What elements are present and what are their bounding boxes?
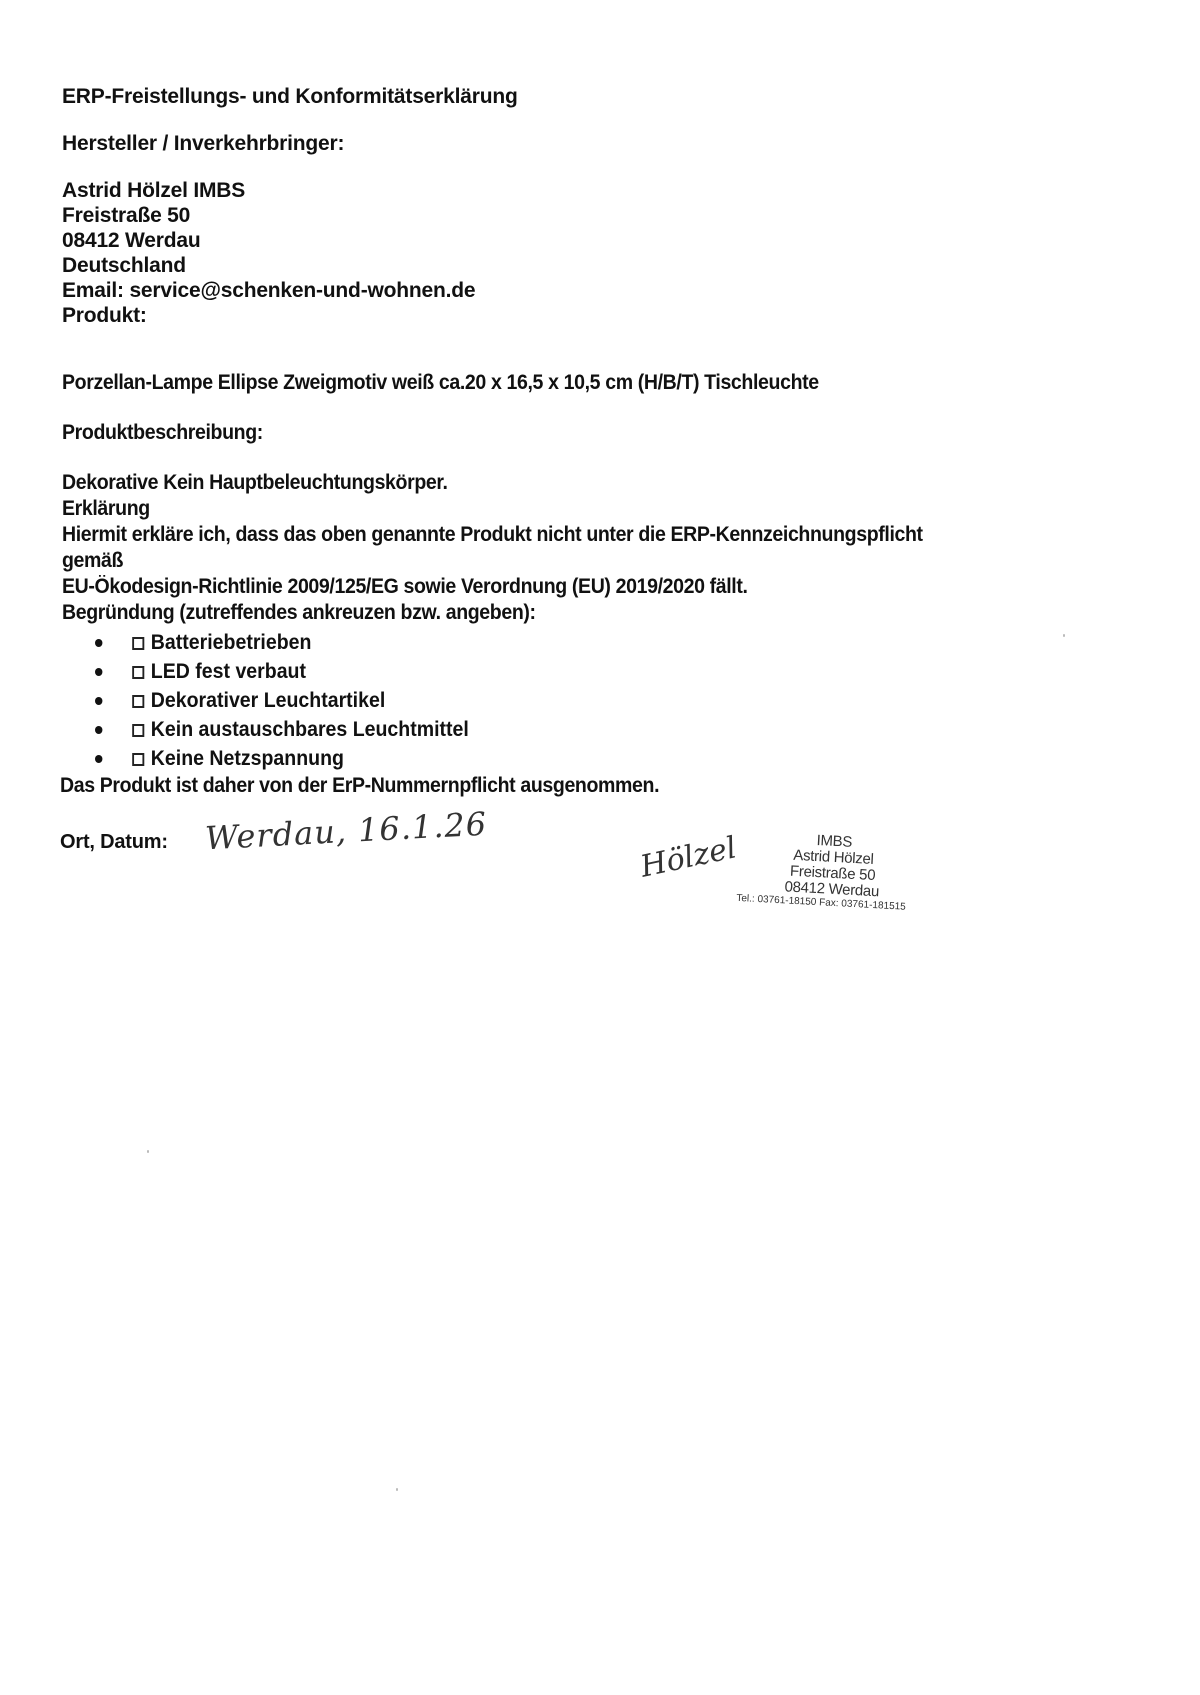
bullet-icon [95,697,102,705]
manufacturer-country: Deutschland [62,253,186,278]
conclusion: Das Produkt ist daher von der ErP-Nummer… [60,773,659,798]
document-page: ERP-Freistellungs- und Konformitätserklä… [0,0,1200,1695]
declaration-line-2: gemäß [62,548,123,573]
reason-label: Dekorativer Leuchtartikel [151,688,385,714]
product-name: Porzellan-Lampe Ellipse Zweigmotiv weiß … [62,370,819,395]
reason-item: Batteriebetrieben [95,630,311,656]
reason-label: Batteriebetrieben [151,630,312,656]
manufacturer-city: 08412 Werdau [62,228,200,253]
bullet-icon [95,639,102,647]
scan-speck [396,1488,398,1491]
reason-item: Kein austauschbares Leuchtmittel [95,717,469,743]
place-date-handwriting: Werdau, 16.1.26 [204,805,488,858]
checkbox-empty-icon [132,637,144,650]
manufacturer-email: Email: service@schenken-und-wohnen.de [62,278,475,303]
checkbox-empty-icon [132,724,144,737]
scan-speck [1063,634,1065,637]
bullet-icon [95,668,102,676]
place-date-label: Ort, Datum: [60,830,168,855]
checkbox-empty-icon [132,753,144,766]
description-heading: Produktbeschreibung: [62,420,263,445]
declaration-line-3: EU-Ökodesign-Richtlinie 2009/125/EG sowi… [62,574,748,599]
company-stamp: IMBS Astrid Hölzel Freistraße 50 08412 W… [756,830,909,914]
manufacturer-street: Freistraße 50 [62,203,190,228]
reason-item: LED fest verbaut [95,659,306,685]
product-heading: Produkt: [62,303,147,328]
bullet-icon [95,726,102,734]
bullet-icon [95,755,102,763]
declaration-heading: Erklärung [62,496,150,521]
checkbox-empty-icon [132,666,144,679]
reason-label: Keine Netzspannung [151,746,344,772]
checkbox-empty-icon [132,695,144,708]
reason-item: Keine Netzspannung [95,746,344,772]
scan-speck [147,1150,149,1153]
reason-label: LED fest verbaut [151,659,306,685]
signature: Hölzel [637,830,739,884]
manufacturer-heading: Hersteller / Inverkehrbringer: [62,131,344,156]
document-title: ERP-Freistellungs- und Konformitätserklä… [62,84,518,109]
declaration-line-1: Hiermit erkläre ich, dass das oben genan… [62,522,923,547]
reason-item: Dekorativer Leuchtartikel [95,688,385,714]
reason-heading: Begründung (zutreffendes ankreuzen bzw. … [62,600,536,625]
manufacturer-name: Astrid Hölzel IMBS [62,178,245,203]
reason-label: Kein austauschbares Leuchtmittel [151,717,469,743]
product-description: Dekorative Kein Hauptbeleuchtungskörper. [62,470,448,495]
